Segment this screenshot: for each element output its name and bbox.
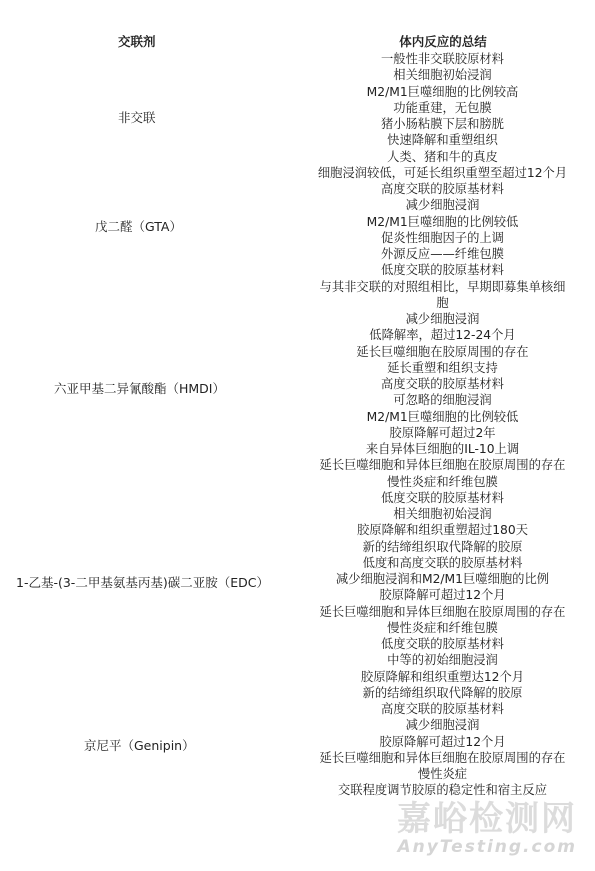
- watermark-cn: 嘉峪检测网: [397, 801, 577, 837]
- summary-line: 减少细胞浸润和M2/M1巨噬细胞的比例: [300, 571, 585, 587]
- summary-line: 延长巨噬细胞在胶原周围的存在: [300, 344, 585, 360]
- summary-line: 减少细胞浸润: [300, 311, 585, 327]
- summary-line: 慢性炎症和纤维包膜: [300, 474, 585, 490]
- header-in-vivo-summary: 体内反应的总结: [358, 34, 528, 50]
- summary-group-genipin: 低度交联的胶原基材料 中等的初始细胞浸润 胶原降解和组织重塑达12个月 新的结缔…: [300, 636, 585, 799]
- summary-line: 胞: [300, 295, 585, 311]
- summary-line: 新的结缔组织取代降解的胶原: [300, 685, 585, 701]
- summary-line: 低度交联的胶原基材料: [300, 262, 585, 278]
- summary-line: 延长巨噬细胞和异体巨细胞在胶原周围的存在: [300, 457, 585, 473]
- summary-group-edc: 低度交联的胶原基材料 相关细胞初始浸润 胶原降解和组织重塑超过180天 新的结缔…: [300, 490, 585, 636]
- summary-line: 细胞浸润较低，可延长组织重塑至超过12个月: [300, 165, 585, 181]
- summary-line: 可忽略的细胞浸润: [300, 392, 585, 408]
- summary-line: M2/M1巨噬细胞的比例较低: [300, 214, 585, 230]
- summary-line: 促炎性细胞因子的上调: [300, 230, 585, 246]
- summary-line: M2/M1巨噬细胞的比例较低: [300, 409, 585, 425]
- summary-line: 延长巨噬细胞和异体巨细胞在胶原周围的存在: [300, 604, 585, 620]
- watermark: 嘉峪检测网 AnyTesting.com: [397, 801, 577, 857]
- agent-genipin: 京尼平（Genipin）: [84, 738, 195, 754]
- summary-line: 慢性炎症和纤维包膜: [300, 620, 585, 636]
- summary-line: 胶原降解可超过12个月: [300, 734, 585, 750]
- summary-line: 低度交联的胶原基材料: [300, 490, 585, 506]
- summary-line: 一般性非交联胶原材料: [300, 51, 585, 67]
- summary-line: 交联程度调节胶原的稳定性和宿主反应: [300, 782, 585, 798]
- summary-line: 高度交联的胶原基材料: [300, 701, 585, 717]
- summary-line: 高度交联的胶原基材料: [300, 376, 585, 392]
- summary-line: 延长重塑和组织支持: [300, 360, 585, 376]
- summary-line: 延长巨噬细胞和异体巨细胞在胶原周围的存在: [300, 750, 585, 766]
- summary-line: 胶原降解可超过12个月: [300, 587, 585, 603]
- summary-line: 胶原降解可超过2年: [300, 425, 585, 441]
- summary-line: 与其非交联的对照组相比，早期即募集单核细: [300, 279, 585, 295]
- summary-line: 胶原降解和组织重塑达12个月: [300, 669, 585, 685]
- summary-line: 慢性炎症: [300, 766, 585, 782]
- summary-line: 低度交联的胶原基材料: [300, 636, 585, 652]
- summary-line: 人类、猪和牛的真皮: [300, 149, 585, 165]
- summary-line: 功能重建，无包膜: [300, 100, 585, 116]
- summary-column: 一般性非交联胶原材料 相关细胞初始浸润 M2/M1巨噬细胞的比例较高 功能重建，…: [300, 51, 585, 799]
- summary-line: 高度交联的胶原基材料: [300, 181, 585, 197]
- summary-group-gta: 高度交联的胶原基材料 减少细胞浸润 M2/M1巨噬细胞的比例较低 促炎性细胞因子…: [300, 181, 585, 279]
- summary-line: 猪小肠粘膜下层和膀胱: [300, 116, 585, 132]
- summary-line: 相关细胞初始浸润: [300, 67, 585, 83]
- agent-edc: 1-乙基-(3-二甲基氨基丙基)碳二亚胺（EDC）: [16, 575, 269, 591]
- header-crosslinker: 交联剂: [118, 34, 156, 50]
- summary-line: 低降解率，超过12-24个月: [300, 327, 585, 343]
- summary-line: 外源反应——纤维包膜: [300, 246, 585, 262]
- summary-line: 快速降解和重塑组织: [300, 132, 585, 148]
- agent-non-crosslinked: 非交联: [118, 110, 156, 126]
- summary-line: 新的结缔组织取代降解的胶原: [300, 539, 585, 555]
- agent-hmdi: 六亚甲基二异氰酸酯（HMDI）: [54, 381, 225, 397]
- agent-gta: 戊二醛（GTA）: [95, 219, 182, 235]
- summary-line: 低度和高度交联的胶原基材料: [300, 555, 585, 571]
- summary-line: 减少细胞浸润: [300, 717, 585, 733]
- summary-line: M2/M1巨噬细胞的比例较高: [300, 84, 585, 100]
- summary-line: 胶原降解和组织重塑超过180天: [300, 522, 585, 538]
- summary-line: 来自异体巨细胞的IL-10上调: [300, 441, 585, 457]
- summary-line: 相关细胞初始浸润: [300, 506, 585, 522]
- watermark-en: AnyTesting.com: [397, 837, 577, 857]
- summary-group-hmdi: 与其非交联的对照组相比，早期即募集单核细 胞 减少细胞浸润 低降解率，超过12-…: [300, 279, 585, 490]
- summary-group-non-crosslinked: 一般性非交联胶原材料 相关细胞初始浸润 M2/M1巨噬细胞的比例较高 功能重建，…: [300, 51, 585, 181]
- summary-line: 中等的初始细胞浸润: [300, 652, 585, 668]
- summary-line: 减少细胞浸润: [300, 197, 585, 213]
